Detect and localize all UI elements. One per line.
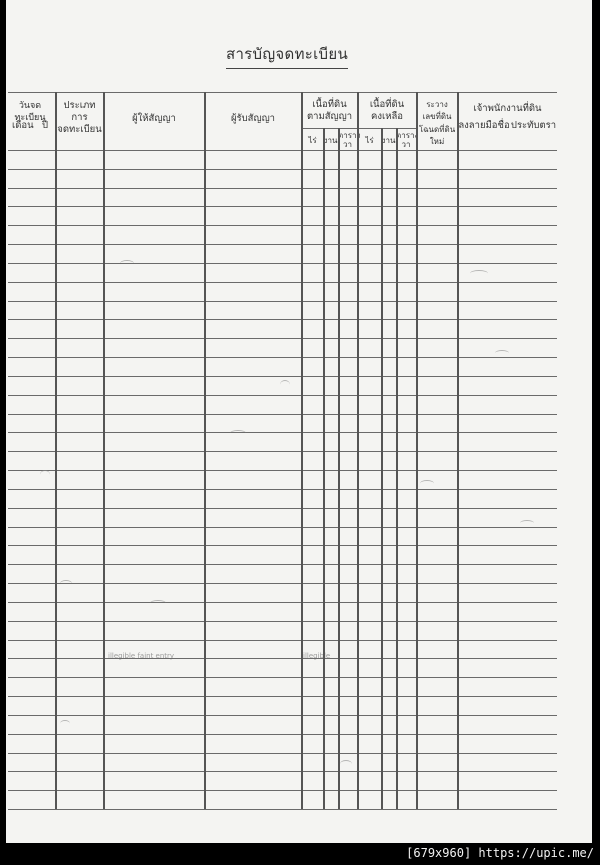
row-rule (8, 696, 557, 697)
row-rule (8, 225, 557, 226)
row-rule (8, 583, 557, 584)
row-rule (8, 658, 557, 659)
row-rule (8, 790, 557, 791)
header-year: ปี (38, 120, 52, 132)
header-month: เดือน (12, 120, 32, 132)
header-area-contract-2: ตามสัญญา (302, 111, 357, 123)
row-rule (8, 188, 557, 189)
column-rule (381, 128, 383, 809)
scan-noise (120, 260, 134, 267)
row-rule (8, 489, 557, 490)
row-rule (8, 92, 557, 93)
row-rule (8, 809, 557, 810)
column-rule (457, 92, 459, 809)
header-area-remaining-1: เนื้อที่ดิน (358, 99, 416, 111)
row-rule (8, 319, 557, 320)
header-type-1: ประเภท (56, 100, 103, 112)
header-officer: เจ้าพนักงานที่ดิน (458, 103, 557, 115)
row-rule (8, 244, 557, 245)
header-area-remaining-2: คงเหลือ (358, 111, 416, 123)
header-new-deed-2: เลขที่ดิน (417, 112, 457, 121)
column-rule (396, 128, 398, 809)
column-rule (357, 92, 359, 809)
row-rule (8, 753, 557, 754)
column-rule (323, 128, 325, 809)
header-new-deed-3: โฉนดที่ดิน (417, 125, 457, 134)
row-rule (8, 640, 557, 641)
scan-noise (420, 480, 434, 487)
header-officer-sign: ลงลายมือชื่อ (458, 120, 510, 132)
row-rule (8, 771, 557, 772)
header-new-deed-1: ระวาง (417, 100, 457, 109)
row-rule (8, 545, 557, 546)
scan-noise (470, 270, 488, 277)
header-officer-seal: ประทับตรา (510, 120, 557, 132)
header-type-3: จดทะเบียน (56, 124, 103, 136)
header-ngan-2: งาน (381, 136, 396, 145)
scan-noise (340, 760, 352, 768)
column-rule (338, 128, 340, 809)
header-rai-2: ไร่ (358, 136, 381, 145)
row-rule (8, 206, 557, 207)
row-rule (8, 715, 557, 716)
column-rule (103, 92, 105, 809)
scan-noise (230, 430, 246, 436)
row-rule (8, 301, 557, 302)
row-rule (8, 602, 557, 603)
column-rule (416, 92, 418, 809)
row-rule (8, 734, 557, 735)
row-rule (8, 414, 557, 415)
header-type-2: การ (56, 112, 103, 124)
row-rule (8, 564, 557, 565)
scan-noise (60, 580, 72, 587)
watermark: [679x960] https://upic.me/ (406, 846, 594, 860)
header-grantor: ผู้ให้สัญญา (104, 113, 204, 125)
header-new-deed-4: ใหม่ (417, 137, 457, 146)
row-rule (8, 470, 557, 471)
scan-noise (280, 380, 290, 389)
row-rule (8, 527, 557, 528)
header-wa-1: ตาราง วา (338, 131, 357, 149)
row-rule (8, 150, 557, 151)
header-rai-1: ไร่ (302, 136, 323, 145)
scan-noise (60, 720, 70, 727)
header-area-contract-1: เนื้อที่ดิน (302, 99, 357, 111)
column-rule (204, 92, 206, 809)
column-rule (301, 92, 303, 809)
scan-noise (520, 520, 534, 526)
row-rule (8, 508, 557, 509)
row-rule (8, 395, 557, 396)
row-rule (8, 432, 557, 433)
row-rule (8, 621, 557, 622)
scan-noise (40, 470, 50, 479)
row-rule (8, 451, 557, 452)
header-grantee: ผู้รับสัญญา (205, 113, 301, 125)
header-wa-2: ตาราง วา (396, 131, 416, 149)
row-rule (8, 169, 557, 170)
row-rule (8, 376, 557, 377)
registration-table: วันจดทะเบียน เดือน ปี ประเภท การ จดทะเบี… (0, 0, 600, 843)
scan-noise (495, 350, 509, 356)
header-ngan-1: งาน (323, 136, 338, 145)
scan-noise (150, 600, 166, 606)
row-rule (8, 338, 557, 339)
row-rule (8, 263, 557, 264)
row-rule (8, 357, 557, 358)
column-rule (55, 92, 57, 809)
row-rule (8, 677, 557, 678)
row-rule (8, 282, 557, 283)
